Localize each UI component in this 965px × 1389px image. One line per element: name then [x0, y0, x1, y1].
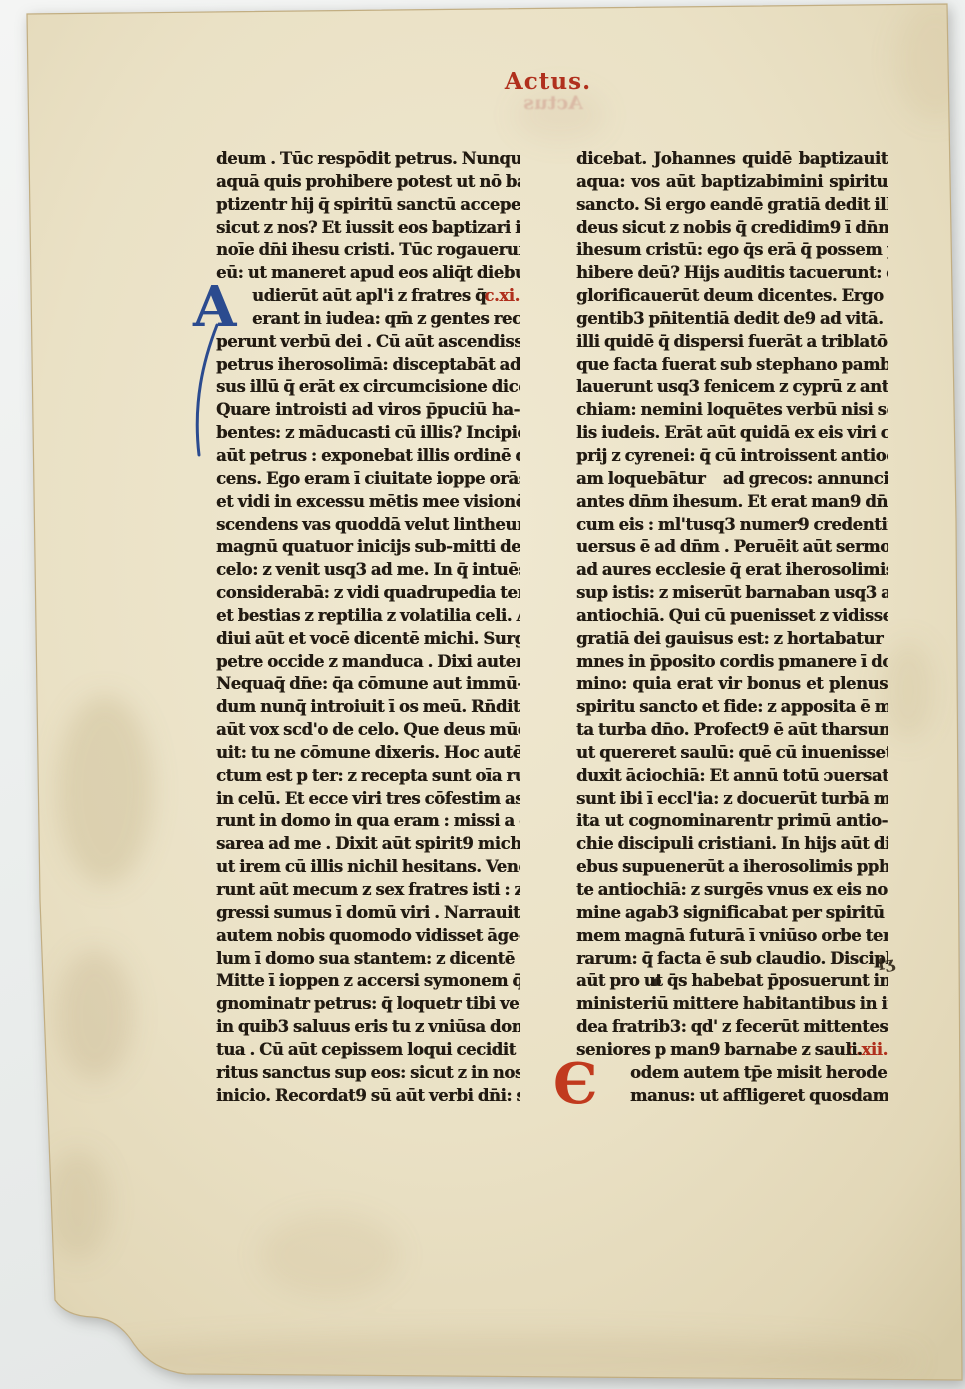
line-text: ritus sanctus sup eos: sicut z in nos ī: [216, 1063, 520, 1082]
line-text: gentib3 pn̄itentiā dedit de9 ad vitā. Et: [576, 309, 888, 328]
line-text: noīe dn̄i ihesu cristi. Tūc rogauerunt: [216, 240, 520, 259]
line-text: aūt petrus : exponebat illis ordinē di-: [216, 446, 520, 465]
line-text: antiochiā. Qui cū puenisset z vidisset: [576, 606, 888, 625]
manuscript-line: inicio. Recordat9 sū aūt verbi dn̄i: sic…: [216, 1085, 520, 1108]
line-text: deus sicut z nobis q̄ credidim9 ī dn̄m: [576, 218, 888, 237]
margin-annotation: ſʒ: [876, 953, 895, 974]
line-text: ctum est p ter: z recepta sunt oīa rursū: [216, 766, 520, 785]
manuscript-line: hibere deū? Hijs auditis tacuerunt: et: [576, 262, 888, 285]
line-text: diui aūt et vocē dicentē michi. Surge: [216, 629, 520, 648]
manuscript-line: ministeriū mittere habitantibus in iu-: [576, 993, 888, 1016]
line-text: sicut z nos? Et iussit eos baptizari in: [216, 218, 520, 237]
line-text: am loquebātur ad grecos: annunci-: [576, 469, 888, 488]
line-text: lauerunt usq3 fenicem z cyprū z antio-: [576, 377, 888, 396]
line-text: erant in iudea: qm̄ z gentes rece-: [252, 309, 520, 328]
manuscript-line: sunt ibi ī eccl'ia: z docuerūt turbā ml'…: [576, 788, 888, 811]
manuscript-line: chie discipuli cristiani. In hijs aūt di…: [576, 833, 888, 856]
manuscript-line: petrus iherosolimā: disceptabāt aduer-: [216, 354, 520, 377]
manuscript-line: mem magnā futurā ī vniūso orbe ter-: [576, 925, 888, 948]
line-text: hibere deū? Hijs auditis tacuerunt: et: [576, 263, 888, 282]
line-text: duxit āciochiā: Et annū totū ɔuersati: [576, 766, 888, 785]
manuscript-line: gnominatr petrus: q̄ loquetr tibi verba: [216, 993, 520, 1016]
line-text: sup istis: z miserūt barnaban usq3 ad: [576, 583, 888, 602]
line-text: in celū. Et ecce viri tres cōfestim asti…: [216, 789, 520, 808]
manuscript-line: antes dn̄m ihesum. Et erat man9 dn̄i: [576, 491, 888, 514]
line-text: lum ī domo sua stantem: z dicentē sibi.: [216, 949, 520, 968]
manuscript-line: tua . Cū aūt cepissem loqui cecidit spi-: [216, 1039, 520, 1062]
manuscript-line: celo: z venit usq3 ad me. In q̄ intuēs: [216, 559, 520, 582]
line-text: petrus iherosolimā: disceptabāt aduer-: [216, 355, 520, 374]
manuscript-line: ut irem cū illis nichil hesitans. Vene-: [216, 856, 520, 879]
line-text: celo: z venit usq3 ad me. In q̄ intuēs: [216, 560, 520, 579]
line-text: uersus ē ad dn̄m . Peruēit aūt sermo: [576, 537, 888, 556]
manuscript-line: te antiochiā: z surgēs vnus ex eis no-: [576, 879, 888, 902]
manuscript-line: chiam: nemini loquētes verbū nisi so-: [576, 399, 888, 422]
line-text: sus illū q̄ erāt ex circumcisione dicēte…: [216, 377, 520, 396]
manuscript-line: runt aūt mecum z sex fratres isti : z in…: [216, 879, 520, 902]
manuscript-line: gressi sumus ī domū viri . Narrauit: [216, 902, 520, 925]
manuscript-line: illi quidē q̄ dispersi fuerāt a triblatō…: [576, 331, 888, 354]
manuscript-line: lis iudeis. Erāt aūt quidā ex eis viri c…: [576, 422, 888, 445]
manuscript-line: uit: tu ne cōmune dixeris. Hoc autē fa-: [216, 742, 520, 765]
manuscript-line: erant in iudea: qm̄ z gentes rece-: [216, 308, 520, 331]
line-text: gnominatr petrus: q̄ loquetr tibi verba: [216, 994, 520, 1013]
line-text: petre occide z manduca . Dixi autem.: [216, 652, 520, 671]
manuscript-line: ta turba dn̄o. Profect9 ē aūt tharsum: [576, 719, 888, 742]
running-title: Actus.: [468, 68, 628, 95]
line-text: ut irem cū illis nichil hesitans. Vene-: [216, 857, 520, 876]
manuscript-line: ritus sanctus sup eos: sicut z in nos ī: [216, 1062, 520, 1085]
manuscript-line: rarum: q̄ facta ē sub claudio. Discipli: [576, 948, 888, 971]
manuscript-line: c.xii.seniores p man9 barnabe z sauli.: [576, 1039, 888, 1062]
manuscript-line: lum ī domo sua stantem: z dicentē sibi.: [216, 948, 520, 971]
manuscript-line: dicebat. Johannes quidē baptizauit: [576, 148, 888, 171]
manuscript-line: in celū. Et ecce viri tres cōfestim asti…: [216, 788, 520, 811]
manuscript-line: in quib3 saluus eris tu z vniūsa dom9: [216, 1016, 520, 1039]
manuscript-line: aquā quis prohibere potest ut nō ba-: [216, 171, 520, 194]
line-text: rarum: q̄ facta ē sub claudio. Discipli: [576, 949, 888, 968]
showthrough-text: Actus: [478, 92, 628, 114]
line-text: manus: ut affligeret quosdam: [630, 1086, 888, 1105]
line-text: dea fratrib3: qd' z fecerūt mittentes ad: [576, 1017, 888, 1036]
line-text: inicio. Recordat9 sū aūt verbi dn̄i: sic…: [216, 1086, 520, 1105]
manuscript-line: mine agab3 significabat per spiritū fa-: [576, 902, 888, 925]
line-text: runt aūt mecum z sex fratres isti : z in…: [216, 880, 520, 899]
manuscript-line: aqua: vos aūt baptizabimini spiritu: [576, 171, 888, 194]
illuminated-initial-a: A: [193, 279, 236, 335]
manuscript-line: spiritu sancto et fide: z apposita ē mul…: [576, 696, 888, 719]
manuscript-line: ctum est p ter: z recepta sunt oīa rursū: [216, 765, 520, 788]
initial-flourish: [187, 323, 227, 463]
line-text: cum eis : ml'tusq3 numer9 credentiū cō-: [576, 515, 888, 534]
line-text: glorificauerūt deum dicentes. Ergo z: [576, 286, 888, 305]
line-text: sarea ad me . Dixit aūt spirit9 michi:: [216, 834, 520, 853]
manuscript-line: considerabā: z vidi quadrupedia terre: [216, 582, 520, 605]
line-text: uit: tu ne cōmune dixeris. Hoc autē fa-: [216, 743, 520, 762]
line-text: bentes: z māducasti cū illis? Incipiēs: [216, 423, 520, 442]
line-text: Mitte ī ioppen z accersi symonem q̄ co-: [216, 971, 520, 990]
manuscript-line: dea fratrib3: qd' z fecerūt mittentes ad: [576, 1016, 888, 1039]
manuscript-line: uersus ē ad dn̄m . Peruēit aūt sermo: [576, 536, 888, 559]
line-text: antes dn̄m ihesum. Et erat man9 dn̄i: [576, 492, 888, 511]
manuscript-line: aūt pro ut q̄s habebat p̄posuerunt in: [576, 970, 888, 993]
manuscript-line: gentib3 pn̄itentiā dedit de9 ad vitā. Et: [576, 308, 888, 331]
manuscript-line: ad aures ecclesie q̄ erat iherosolimis: [576, 559, 888, 582]
illuminated-initial-e: Є: [553, 1056, 598, 1112]
manuscript-line: sicut z nos? Et iussit eos baptizari in: [216, 217, 520, 240]
manuscript-line: glorificauerūt deum dicentes. Ergo z: [576, 285, 888, 308]
manuscript-line: et vidi in excessu mētis mee visionē: de…: [216, 491, 520, 514]
manuscript-line: cens. Ego eram ī ciuitate ioppe orās:: [216, 468, 520, 491]
manuscript-line: diui aūt et vocē dicentē michi. Surge: [216, 628, 520, 651]
manuscript-line: prij z cyrenei: q̄ cū introissent antioc…: [576, 445, 888, 468]
manuscript-line: deus sicut z nobis q̄ credidim9 ī dn̄m: [576, 217, 888, 240]
manuscript-line: petre occide z manduca . Dixi autem.: [216, 651, 520, 674]
manuscript-line: ptizentr hij q̄ spiritū sanctū acceperūt: [216, 194, 520, 217]
line-text: chie discipuli cristiani. In hijs aūt di…: [576, 834, 888, 853]
line-text: considerabā: z vidi quadrupedia terre: [216, 583, 520, 602]
manuscript-line: c.xi.udierūt aūt apl'i z fratres q̄: [216, 285, 520, 308]
line-text: ut quereret saulū: quē cū inuenisset per…: [576, 743, 888, 762]
line-text: prij z cyrenei: q̄ cū introissent antioc…: [576, 446, 888, 465]
line-text: autem nobis quomodo vidisset āge-: [216, 926, 520, 945]
line-text: scendens vas quoddā velut lintheum: [216, 515, 520, 534]
line-text: deum . Tūc respōdit petrus. Nunquid: [216, 149, 520, 168]
manuscript-line: et bestias z reptilia z volatilia celi. …: [216, 605, 520, 628]
manuscript-line: deum . Tūc respōdit petrus. Nunquid: [216, 148, 520, 171]
manuscript-line: cum eis : ml'tusq3 numer9 credentiū cō-: [576, 514, 888, 537]
line-text: tua . Cū aūt cepissem loqui cecidit spi-: [216, 1040, 520, 1059]
manuscript-line: ebus supuenerūt a iherosolimis pphe-: [576, 856, 888, 879]
manuscript-line: eū: ut maneret apud eos aliq̄t diebus.: [216, 262, 520, 285]
manuscript-line: gratiā dei gauisus est: z hortabatur o-: [576, 628, 888, 651]
manuscript-line: dum nunq̄ introiuit ī os meū. Rn̄dit: [216, 696, 520, 719]
line-text: ministeriū mittere habitantibus in iu-: [576, 994, 888, 1013]
line-text: spiritu sancto et fide: z apposita ē mul…: [576, 697, 888, 716]
manuscript-line: Nequaq̄ dn̄e: q̄a cōmune aut immū-: [216, 673, 520, 696]
manuscript-line: ut quereret saulū: quē cū inuenisset per…: [576, 742, 888, 765]
manuscript-line: perunt verbū dei . Cū aūt ascendisset: [216, 331, 520, 354]
manuscript-line: magnū quatuor inicijs sub-mitti de: [216, 536, 520, 559]
line-text: dicebat. Johannes quidē baptizauit: [576, 149, 888, 168]
line-text: sunt ibi ī eccl'ia: z docuerūt turbā ml'…: [576, 789, 888, 808]
line-text: mnes in p̄posito cordis pmanere ī do-: [576, 652, 888, 671]
manuscript-line: noīe dn̄i ihesu cristi. Tūc rogauerunt: [216, 239, 520, 262]
manuscript-line: sarea ad me . Dixit aūt spirit9 michi:: [216, 833, 520, 856]
line-text: ihesum cristū: ego q̄s erā q̄ possem pro…: [576, 240, 888, 259]
manuscript-line: scendens vas quoddā velut lintheum: [216, 514, 520, 537]
manuscript-line: duxit āciochiā: Et annū totū ɔuersati: [576, 765, 888, 788]
line-text: te antiochiā: z surgēs vnus ex eis no-: [576, 880, 888, 899]
manuscript-line: aūt vox scd'o de celo. Que deus mūda-: [216, 719, 520, 742]
line-text: chiam: nemini loquētes verbū nisi so-: [576, 400, 888, 419]
manuscript-line: lauerunt usq3 fenicem z cyprū z antio-: [576, 376, 888, 399]
line-text: magnū quatuor inicijs sub-mitti de: [216, 537, 520, 556]
line-text: sancto. Si ergo eandē gratiā dedit illis: [576, 195, 888, 214]
manuscript-line: odem autem tp̄e misit herodes rex: [576, 1062, 888, 1085]
line-text: eū: ut maneret apud eos aliq̄t diebus.: [216, 263, 520, 282]
line-text: ptizentr hij q̄ spiritū sanctū acceperūt: [216, 195, 520, 214]
manuscript-line: ihesum cristū: ego q̄s erā q̄ possem pro…: [576, 239, 888, 262]
line-text: Quare introisti ad viros p̄puciū ha-: [216, 400, 520, 419]
line-text: illi quidē q̄ dispersi fuerāt a triblatō…: [576, 332, 888, 351]
manuscript-line: Quare introisti ad viros p̄puciū ha-: [216, 399, 520, 422]
line-text: ad aures ecclesie q̄ erat iherosolimis: [576, 560, 888, 579]
line-text: que facta fuerat sub stephano pambu-: [576, 355, 888, 374]
text-column-left: deum . Tūc respōdit petrus. Nunquidaquā …: [216, 148, 520, 1107]
line-text: mino: quia erat vir bonus et plenus: [576, 674, 888, 693]
line-text: perunt verbū dei . Cū aūt ascendisset: [216, 332, 520, 351]
line-text: ebus supuenerūt a iherosolimis pphe-: [576, 857, 888, 876]
line-text: in quib3 saluus eris tu z vniūsa dom9: [216, 1017, 520, 1036]
manuscript-line: sancto. Si ergo eandē gratiā dedit illis: [576, 194, 888, 217]
line-text: mem magnā futurā ī vniūso orbe ter-: [576, 926, 888, 945]
manuscript-line: sup istis: z miserūt barnaban usq3 ad: [576, 582, 888, 605]
line-text: odem autem tp̄e misit herodes rex: [630, 1063, 888, 1082]
manuscript-photo: { "header": { "title": "Actus.", "showth…: [0, 0, 965, 1389]
manuscript-line: mino: quia erat vir bonus et plenus: [576, 673, 888, 696]
manuscript-line: bentes: z māducasti cū illis? Incipiēs: [216, 422, 520, 445]
line-text: Nequaq̄ dn̄e: q̄a cōmune aut immū-: [216, 674, 520, 693]
line-text: cens. Ego eram ī ciuitate ioppe orās:: [216, 469, 520, 488]
line-text: aquā quis prohibere potest ut nō ba-: [216, 172, 520, 191]
line-text: ta turba dn̄o. Profect9 ē aūt tharsum: [576, 720, 888, 739]
manuscript-line: am loquebātur ad grecos: annunci-: [576, 468, 888, 491]
manuscript-line: antiochiā. Qui cū puenisset z vidisset: [576, 605, 888, 628]
manuscript-line: runt in domo in qua eram : missi a ce-: [216, 810, 520, 833]
manuscript-line: manus: ut affligeret quosdam: [576, 1085, 888, 1108]
line-text: udierūt aūt apl'i z fratres q̄: [252, 286, 486, 305]
line-text: lis iudeis. Erāt aūt quidā ex eis viri c…: [576, 423, 888, 442]
manuscript-line: mnes in p̄posito cordis pmanere ī do-: [576, 651, 888, 674]
line-text: aūt vox scd'o de celo. Que deus mūda-: [216, 720, 520, 739]
line-text: runt in domo in qua eram : missi a ce-: [216, 811, 520, 830]
line-text: seniores p man9 barnabe z sauli.: [576, 1040, 862, 1059]
line-text: ita ut cognominarentr primū antio-: [576, 811, 888, 830]
line-text: dum nunq̄ introiuit ī os meū. Rn̄dit: [216, 697, 520, 716]
manuscript-line: autem nobis quomodo vidisset āge-: [216, 925, 520, 948]
manuscript-line: ita ut cognominarentr primū antio-: [576, 810, 888, 833]
manuscript-line: Mitte ī ioppen z accersi symonem q̄ co-: [216, 970, 520, 993]
line-text: gressi sumus ī domū viri . Narrauit: [216, 903, 520, 922]
line-text: et bestias z reptilia z volatilia celi. …: [216, 606, 520, 625]
line-text: gratiā dei gauisus est: z hortabatur o-: [576, 629, 888, 648]
line-text: aūt pro ut q̄s habebat p̄posuerunt in: [576, 971, 888, 990]
line-text: et vidi in excessu mētis mee visionē: de…: [216, 492, 520, 511]
text-column-right: dicebat. Johannes quidē baptizauitaqua: …: [576, 148, 888, 1107]
initial-glyph: Є: [553, 1051, 598, 1117]
manuscript-line: que facta fuerat sub stephano pambu-: [576, 354, 888, 377]
manuscript-line: aūt petrus : exponebat illis ordinē di-: [216, 445, 520, 468]
manuscript-line: sus illū q̄ erāt ex circumcisione dicēte…: [216, 376, 520, 399]
line-text: mine agab3 significabat per spiritū fa-: [576, 903, 888, 922]
line-text: aqua: vos aūt baptizabimini spiritu: [576, 172, 888, 191]
